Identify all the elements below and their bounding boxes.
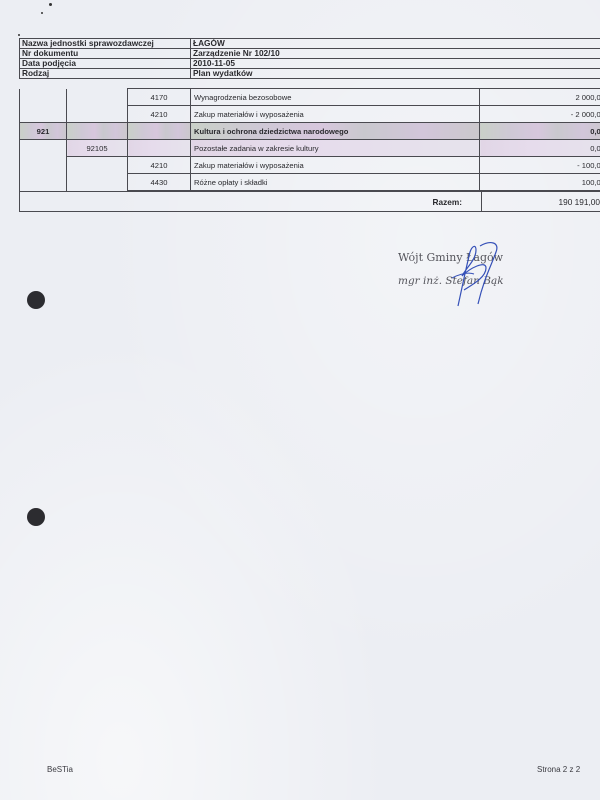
table-row: 4430 Różne opłaty i składki 100,00	[20, 174, 600, 191]
cell-kwota: 0,00	[480, 140, 600, 157]
total-label: Razem:	[432, 197, 462, 207]
cell-nazwa: Zakup materiałów i wyposażenia	[191, 106, 480, 123]
cell-kwota: 100,00	[480, 174, 600, 191]
table-row: 4210 Zakup materiałów i wyposażenia - 2 …	[20, 106, 600, 123]
cell-paragraf: 4430	[128, 174, 191, 191]
total-divider	[481, 192, 482, 211]
cell-nazwa: Pozostałe zadania w zakresie kultury	[191, 140, 480, 157]
header-label: Nazwa jednostki sprawozdawczej	[20, 39, 191, 49]
cell-rozdzial	[67, 174, 128, 191]
header-value: 2010-11-05	[191, 59, 600, 69]
footer-page-number: Strona 2 z 2	[537, 765, 580, 774]
cell-nazwa: Zakup materiałów i wyposażenia	[191, 157, 480, 174]
cell-rozdzial	[67, 157, 128, 174]
header-label: Rodzaj	[20, 69, 191, 79]
header-row-doc-number: Nr dokumentu Zarządzenie Nr 102/10	[20, 49, 600, 59]
header-value: ŁAGÓW	[191, 39, 600, 49]
table-row: 4210 Zakup materiałów i wyposażenia - 10…	[20, 157, 600, 174]
cell-nazwa: Różne opłaty i składki	[191, 174, 480, 191]
cell-paragraf: 4210	[128, 106, 191, 123]
cell-rozdzial	[67, 123, 128, 140]
table-row-chapter: 921 Kultura i ochrona dziedzictwa narodo…	[20, 123, 600, 140]
header-row-type: Rodzaj Plan wydatków	[20, 69, 600, 79]
cell-dzial	[20, 174, 67, 191]
cell-dzial	[20, 157, 67, 174]
cell-rozdzial	[67, 106, 128, 123]
header-label: Data podjęcia	[20, 59, 191, 69]
header-label: Nr dokumentu	[20, 49, 191, 59]
scan-speck	[49, 3, 52, 6]
table-row-section: 92105 Pozostałe zadania w zakresie kultu…	[20, 140, 600, 157]
punch-hole	[27, 508, 45, 526]
cell-paragraf	[128, 123, 191, 140]
cell-paragraf	[128, 140, 191, 157]
footer-software-name: BeSTia	[47, 765, 73, 774]
cell-paragraf: 4210	[128, 157, 191, 174]
handwritten-signature-icon	[440, 238, 520, 318]
total-row: Razem: 190 191,00	[19, 191, 600, 212]
cell-nazwa: Wynagrodzenia bezosobowe	[191, 89, 480, 106]
cell-dzial	[20, 106, 67, 123]
cell-kwota: - 2 000,00	[480, 106, 600, 123]
header-row-date: Data podjęcia 2010-11-05	[20, 59, 600, 69]
cell-dzial	[20, 140, 67, 157]
cell-paragraf: 4170	[128, 89, 191, 106]
total-value: 190 191,00	[558, 197, 600, 207]
scan-speck	[18, 34, 20, 36]
cell-dzial	[20, 89, 67, 106]
cell-rozdzial	[67, 89, 128, 106]
table-row: 4170 Wynagrodzenia bezosobowe 2 000,00	[20, 89, 600, 106]
cell-kwota: - 100,00	[480, 157, 600, 174]
expenditure-table: 4170 Wynagrodzenia bezosobowe 2 000,00 4…	[19, 88, 600, 191]
header-row-unit: Nazwa jednostki sprawozdawczej ŁAGÓW	[20, 39, 600, 49]
header-value: Zarządzenie Nr 102/10	[191, 49, 600, 59]
cell-kwota: 0,00	[480, 123, 600, 140]
cell-nazwa: Kultura i ochrona dziedzictwa narodowego	[191, 123, 480, 140]
cell-rozdzial: 92105	[67, 140, 128, 157]
punch-hole	[27, 291, 45, 309]
scan-speck	[41, 12, 43, 14]
header-value: Plan wydatków	[191, 69, 600, 79]
cell-dzial: 921	[20, 123, 67, 140]
document-header-table: Nazwa jednostki sprawozdawczej ŁAGÓW Nr …	[19, 38, 600, 79]
cell-kwota: 2 000,00	[480, 89, 600, 106]
